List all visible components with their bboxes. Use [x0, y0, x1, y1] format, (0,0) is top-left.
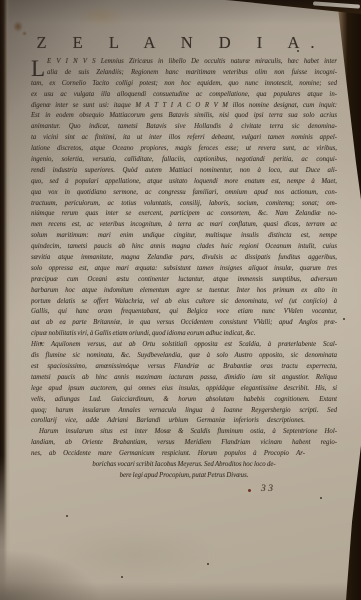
book-page: Z E L A N D I A. L E V I N V S Lemnius Z…	[0, 0, 361, 600]
text-line: dis flumine sic nominata, &c. Suydbevela…	[31, 351, 337, 362]
ink-speck	[66, 515, 68, 517]
text-line: ingenio, solertia, versutia, calliditate…	[31, 155, 337, 166]
text-line: Hinc Aquilonem versus, aut ab Ortu solst…	[31, 340, 337, 351]
text-line: bere legi apud Procopium, putat Petrus D…	[31, 471, 337, 482]
text-line: solum maritimum: mari enim undique cingi…	[31, 231, 337, 242]
text-line: niúmque rerum quas inter se exercent, pa…	[31, 209, 337, 220]
book-edge-left	[0, 0, 10, 600]
paper-stain	[78, 6, 124, 26]
text-line: alia de suis Zelandiis; Regionem hanc ma…	[31, 68, 337, 79]
text-line: E V I N V S Lemnius Ziricæus in libello …	[31, 57, 337, 68]
text-line: Harum insularum situs est inter Mosæ & S…	[31, 427, 337, 438]
body-text: E V I N V S Lemnius Ziricæus in libello …	[31, 57, 337, 482]
page-number: 33	[261, 484, 291, 494]
text-line: landiam, ab Oriente Brabantiam, versus M…	[31, 438, 337, 449]
paper-stain	[13, 21, 23, 32]
text-line: quoq; harum insularum Annales vernacula …	[31, 406, 337, 417]
text-line: borichas vocari scribit Iacobus Meyerus.…	[31, 460, 337, 471]
paper-stain	[55, 528, 215, 580]
page-title: Z E L A N D I A.	[0, 33, 351, 53]
book-photo: Z E L A N D I A. L E V I N V S Lemnius Z…	[0, 0, 361, 600]
text-line: tametsi paucis ab hinc annis maximam iac…	[31, 373, 337, 384]
text-line: quo, sed à populari appellatione, atque …	[31, 177, 337, 188]
text-line: est spaciosissimo, amœnissimóque versus …	[31, 362, 337, 373]
text-line: Gallis, qui hanc oram frequentabant, qui…	[31, 307, 337, 318]
text-line: digenæ inter se sunt usi: itaque M A T T…	[31, 101, 337, 112]
ink-speck	[248, 489, 251, 492]
ink-speck	[343, 318, 345, 320]
text-line: men recens est, ac veteribus incognitum,…	[31, 220, 337, 231]
text-line: ta vicini sint ac finitimi, ita ut inter…	[31, 133, 337, 144]
text-line: solo oppressa est, atque mari æquata: su…	[31, 264, 337, 275]
text-line: tam, ex Cornelio Tacito colligi potest; …	[31, 79, 337, 90]
text-line: qua vox in quotidiano sermone, ac congre…	[31, 188, 337, 199]
text-line: latione discretos, atque Oceano propiore…	[31, 144, 337, 155]
text-line: corollarij vice, adde Adriani Barlandi u…	[31, 416, 337, 427]
text-line: sævitia atque immanitate, magna Zelandiæ…	[31, 253, 337, 264]
text-line: ex usu ac vulgata illa alloquendi consue…	[31, 90, 337, 101]
text-line: aut ab ea parte Britanniæ, in qua versus…	[31, 318, 337, 329]
text-line: tractuum, periculorum, ac totius volunta…	[31, 199, 337, 210]
text-line: rendi industria superiores. Quòd autem M…	[31, 166, 337, 177]
text-line: barbarum hoc atque indomitum elementum æ…	[31, 286, 337, 297]
text-line: præcipuæ cum Oceani æstu continenter luc…	[31, 275, 337, 286]
text-line: velis, adiungas Lud. Guicciardinum, & ho…	[31, 395, 337, 406]
text-line: quindecim, tametsi paucis ab hinc annis …	[31, 242, 337, 253]
ink-speck	[207, 563, 209, 565]
text-line: cipuæ nobilitatis viri, à Gallis etiam o…	[31, 329, 337, 340]
text-line: portum delatis se offert Walachria, vel …	[31, 297, 337, 308]
text-line: animantur. Quo indicat, tametsi Batavis …	[31, 122, 337, 133]
text-line: Est in eodem obsequio Mattiacorum gens B…	[31, 111, 337, 122]
text-line: nes, ab Occidente mare Germanicum respic…	[31, 449, 337, 460]
ink-speck	[121, 576, 123, 578]
text-line: lege apud ipsum auctorem, qui omnes eius…	[31, 384, 337, 395]
ink-speck	[320, 497, 322, 499]
